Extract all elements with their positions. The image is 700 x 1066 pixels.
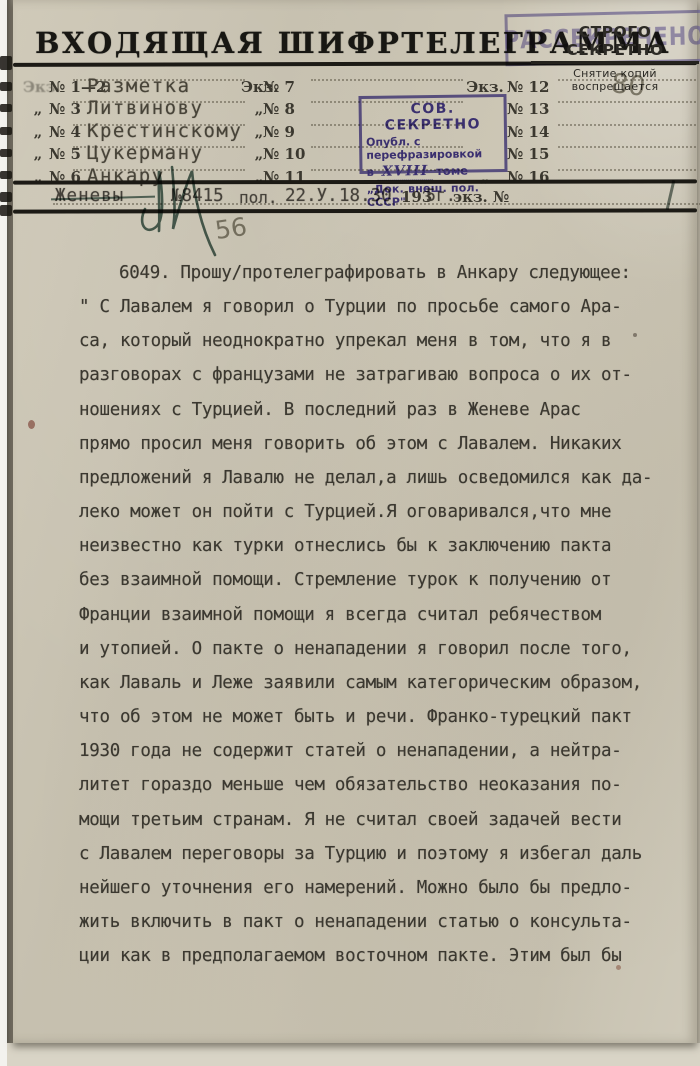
publication-stamp: СОВ. СЕКРЕТНО Опубл. с перефразировкой в…	[358, 94, 507, 174]
body-line: нейшего уточнения его намерений. Можно б…	[79, 871, 652, 905]
body-line: без взаимной помощи. Стремление турок к …	[79, 563, 652, 597]
copy-number: № 14	[507, 123, 549, 141]
copy-number: № 7	[263, 78, 295, 96]
stamp-volume-line: в XVIII томе	[366, 162, 500, 180]
body-line: прямо просил меня говорить об этом с Лав…	[79, 427, 652, 461]
received-date: 22.У.	[285, 186, 338, 206]
body-line: предложений я Лавалю не делал,а лишь осв…	[79, 461, 652, 495]
binding-mark	[0, 171, 12, 179]
body-line: и утопией. О пакте о ненападении я говор…	[79, 632, 652, 666]
binding-mark	[0, 104, 12, 112]
stamp-secrecy: СОВ. СЕКРЕТНО	[366, 100, 500, 134]
binding-mark	[0, 56, 12, 70]
recipient-typed: Цукерману	[87, 142, 203, 164]
ink-stain	[28, 420, 35, 429]
copy-number: № 9	[263, 123, 295, 141]
copy-number: № 13	[507, 100, 549, 118]
secrecy-title: СТРОГО СЕКРЕТНО	[529, 23, 700, 59]
telegram-page: ВХОДЯЩАЯ ШИФРТЕЛЕГРАММА РАССЕКРЕЧЕНО СТР…	[13, 0, 697, 1043]
body-line: как Лаваль и Леже заявили самым категори…	[79, 666, 652, 700]
binding-mark	[0, 205, 12, 216]
body-line: что об этом не может быть и речи. Франко…	[79, 700, 652, 734]
body-line: разговорах с французами не затрагиваю во…	[79, 358, 652, 392]
stamp-volume-handwritten: XVIII	[378, 163, 433, 181]
dotted-blank	[558, 145, 696, 148]
page-under-edge	[7, 1043, 700, 1066]
form-rule	[13, 208, 697, 213]
copy-number: № 8	[263, 100, 295, 118]
stamp-published-note: Опубл. с перефразировкой	[366, 134, 500, 162]
body-line: жить включить в пакт о ненападении стать…	[79, 905, 652, 939]
distribution-row: „ № 3 Литвинову „ № 8 № 13	[13, 100, 697, 122]
body-line: неизвестно как турки отнеслись бы к закл…	[79, 529, 652, 563]
body-line: 1930 года не содержит статей о ненападен…	[79, 734, 652, 768]
scan-left-margin	[0, 0, 7, 1066]
pencil-note: 56	[213, 212, 249, 245]
signature	[131, 163, 281, 261]
secrecy-underline	[531, 61, 699, 64]
binding-mark	[0, 82, 12, 91]
pencil-page-number: 80	[609, 68, 647, 103]
copy-number: № 15	[507, 145, 549, 163]
dotted-blank	[311, 78, 463, 81]
recipient-typed: Разметка	[87, 75, 191, 97]
telegram-body: 6049. Прошу/протелеграфировать в Анкару …	[79, 256, 652, 973]
recipient-typed: Литвинову	[87, 97, 203, 119]
binding-mark	[0, 149, 12, 157]
body-line: с Лавалем переговоры за Турцию и поэтому…	[79, 837, 652, 871]
dotted-blank	[558, 168, 696, 171]
binding-mark	[0, 192, 12, 202]
body-line: ношениях с Турцией. В последний раз в Же…	[79, 393, 652, 427]
body-line: ции как в предполагаемом восточном пакте…	[79, 939, 652, 973]
body-line: Франции взаимной помощи я всегда считал …	[79, 598, 652, 632]
body-line: са, который неоднократно упрекал меня в …	[79, 324, 652, 358]
body-line: мощи третьим странам. Я не считал своей …	[79, 803, 652, 837]
stamp-source: „Док. внеш. пол. СССР"	[367, 181, 501, 209]
copy-number: № 16	[507, 168, 549, 186]
body-line: литет гораздо меньше чем обязательство н…	[79, 768, 652, 802]
binding-mark	[0, 127, 12, 135]
body-line: 6049. Прошу/протелеграфировать в Анкару …	[79, 256, 652, 290]
dotted-blank	[558, 123, 696, 126]
stamp-volume-suffix: томе	[436, 164, 468, 178]
distribution-row: „ № 5 Цукерману „ № 10 № 15	[13, 145, 697, 167]
recipient-typed: Крестинскому	[87, 120, 242, 142]
stamp-volume-prefix: в	[366, 165, 373, 179]
body-line: леко может он пойти с Турцией.Я оговарив…	[79, 495, 652, 529]
body-line: " С Лавалем я говорил о Турции по просьб…	[79, 290, 652, 324]
copy-number: № 10	[263, 145, 305, 163]
